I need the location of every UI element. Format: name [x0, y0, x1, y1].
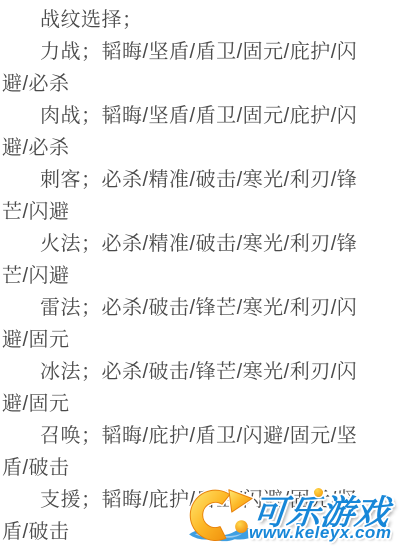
text-line-wrap: 盾/破击 [2, 452, 403, 484]
text-line-wrap: 盾/破击 [2, 516, 403, 547]
text-line-wrap: 避/固元 [2, 388, 403, 420]
guide-text-block: 战纹选择； 力战；韬晦/坚盾/盾卫/固元/庇护/闪 避/必杀 肉战；韬晦/坚盾/… [2, 4, 403, 547]
text-line-leifa: 雷法；必杀/破击/锋芒/寒光/利刃/闪 [2, 292, 403, 324]
text-line-wrap: 芒/闪避 [2, 196, 403, 228]
text-line-wrap: 芒/闪避 [2, 260, 403, 292]
text-line-zhiyuan: 支援；韬晦/庇护/盾卫/闪避/固元/坚 [2, 484, 403, 516]
text-line-bingfa: 冰法；必杀/破击/锋芒/寒光/利刃/闪 [2, 356, 403, 388]
text-line-zhaohuan: 召唤；韬晦/庇护/盾卫/闪避/固元/坚 [2, 420, 403, 452]
text-line-huofa: 火法；必杀/精准/破击/寒光/利刃/锋 [2, 228, 403, 260]
text-line-cike: 刺客；必杀/精准/破击/寒光/利刃/锋 [2, 164, 403, 196]
page: 战纹选择； 力战；韬晦/坚盾/盾卫/固元/庇护/闪 避/必杀 肉战；韬晦/坚盾/… [0, 0, 405, 547]
text-line-title: 战纹选择； [2, 4, 403, 36]
text-line-lizhan: 力战；韬晦/坚盾/盾卫/固元/庇护/闪 [2, 36, 403, 68]
text-line-wrap: 避/固元 [2, 324, 403, 356]
text-line-rouzhan: 肉战；韬晦/坚盾/盾卫/固元/庇护/闪 [2, 100, 403, 132]
text-line-wrap: 避/必杀 [2, 68, 403, 100]
text-line-wrap: 避/必杀 [2, 132, 403, 164]
